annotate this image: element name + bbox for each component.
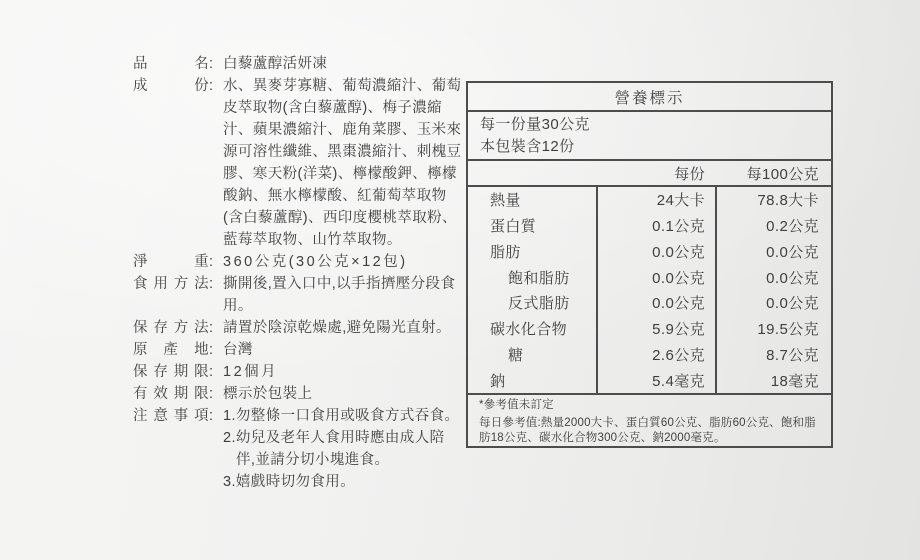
value-per-100g: 0.2公克 bbox=[717, 215, 831, 236]
col-header-per-serving: 每份 bbox=[598, 163, 717, 184]
info-row-product-name: 品名: 白藜蘆醇活妍凍 bbox=[133, 53, 465, 75]
info-label: 淨重 bbox=[133, 251, 209, 273]
serving-info: 每一份量30公克 本包裝含12份 bbox=[468, 112, 831, 161]
column-divider bbox=[596, 187, 598, 393]
info-row-warnings: 注意事項: 1.勿整條一口食用或吸食方式吞食。 2.幼兒及老年人食用時應由成人陪… bbox=[133, 405, 465, 493]
nutrition-row: 脂肪 0.0公克 0.0公克 bbox=[468, 239, 831, 265]
servings-per-pack: 本包裝含12份 bbox=[480, 136, 831, 158]
info-value: 台灣 bbox=[223, 339, 463, 361]
label-colon: : bbox=[209, 317, 223, 339]
footnote-daily-values: 每日參考值:熱量2000大卡、蛋白質60公克、脂肪60公克、飽和脂肪18公克、碳… bbox=[479, 416, 821, 446]
nutrition-row: 蛋白質 0.1公克 0.2公克 bbox=[468, 213, 831, 239]
value-per-100g: 78.8大卡 bbox=[717, 189, 831, 210]
nutrition-data-grid: 熱量 24大卡 78.8大卡 蛋白質 0.1公克 0.2公克 脂肪 0.0公克 … bbox=[468, 187, 831, 395]
info-row-net-weight: 淨重: 360公克(30公克×12包) bbox=[133, 251, 465, 273]
label-colon: : bbox=[209, 53, 223, 75]
warning-item: 2.幼兒及老年人食用時應由成人陪伴,並請分切小塊進食。 bbox=[223, 427, 463, 471]
info-value: 1.勿整條一口食用或吸食方式吞食。 2.幼兒及老年人食用時應由成人陪伴,並請分切… bbox=[223, 405, 463, 493]
label-sheet: 品名: 白藜蘆醇活妍凍 成份: 水、異麥芽寡糖、葡萄濃縮汁、葡萄皮萃取物(含白藜… bbox=[0, 0, 920, 560]
info-value: 撕開後,置入口中,以手指擠壓分段食用。 bbox=[223, 273, 463, 317]
nutrient-name: 鈉 bbox=[468, 370, 598, 391]
info-label: 有效期限 bbox=[133, 383, 209, 405]
label-colon: : bbox=[209, 361, 223, 383]
column-divider bbox=[715, 187, 717, 393]
info-value: 白藜蘆醇活妍凍 bbox=[223, 53, 463, 75]
nutrition-row: 碳水化合物 5.9公克 19.5公克 bbox=[468, 316, 831, 342]
value-per-serving: 5.9公克 bbox=[598, 318, 717, 339]
label-colon: : bbox=[209, 405, 223, 427]
label-colon: : bbox=[209, 251, 223, 273]
nutrient-name: 碳水化合物 bbox=[468, 318, 598, 339]
nutrition-row: 糖 2.6公克 8.7公克 bbox=[468, 342, 831, 368]
info-label: 注意事項 bbox=[133, 405, 209, 427]
info-row-origin: 原產地: 台灣 bbox=[133, 339, 465, 361]
label-colon: : bbox=[209, 383, 223, 405]
label-colon: : bbox=[209, 75, 223, 97]
warning-item: 1.勿整條一口食用或吸食方式吞食。 bbox=[223, 405, 463, 427]
info-label: 品名 bbox=[133, 53, 209, 75]
value-per-100g: 19.5公克 bbox=[717, 318, 831, 339]
info-row-storage: 保存方法: 請置於陰涼乾燥處,避免陽光直射。 bbox=[133, 317, 465, 339]
footnote-section: *參考值未訂定 每日參考值:熱量2000大卡、蛋白質60公克、脂肪60公克、飽和… bbox=[468, 395, 831, 446]
col-header-per-100g: 每100公克 bbox=[717, 163, 831, 184]
info-label: 保存方法 bbox=[133, 317, 209, 339]
info-label: 成份 bbox=[133, 75, 209, 97]
info-label: 保存期限 bbox=[133, 361, 209, 383]
nutrient-name: 脂肪 bbox=[468, 241, 598, 262]
nutrition-row: 鈉 5.4毫克 18毫克 bbox=[468, 367, 831, 393]
serving-size: 每一份量30公克 bbox=[480, 114, 831, 136]
value-per-serving: 2.6公克 bbox=[598, 344, 717, 365]
nutrition-title: 營養標示 bbox=[468, 83, 831, 112]
nutrient-name: 糖 bbox=[468, 344, 598, 365]
info-value: 請置於陰涼乾燥處,避免陽光直射。 bbox=[223, 317, 463, 339]
info-label: 原產地 bbox=[133, 339, 209, 361]
value-per-serving: 0.0公克 bbox=[598, 292, 717, 313]
warning-item: 3.嬉戲時切勿食用。 bbox=[223, 471, 463, 493]
nutrient-name: 反式脂肪 bbox=[468, 292, 598, 313]
info-value: 360公克(30公克×12包) bbox=[223, 251, 463, 273]
label-colon: : bbox=[209, 339, 223, 361]
label-colon: : bbox=[209, 273, 223, 295]
info-row-shelf-life: 保存期限: 12個月 bbox=[133, 361, 465, 383]
value-per-100g: 0.0公克 bbox=[717, 292, 831, 313]
info-row-usage: 食用方法: 撕開後,置入口中,以手指擠壓分段食用。 bbox=[133, 273, 465, 317]
value-per-100g: 0.0公克 bbox=[717, 241, 831, 262]
nutrient-name: 熱量 bbox=[468, 189, 598, 210]
nutrition-table: 營養標示 每一份量30公克 本包裝含12份 每份 每100公克 熱量 24大卡 … bbox=[466, 81, 833, 448]
column-header-row: 每份 每100公克 bbox=[468, 161, 831, 187]
footnote-reference: *參考值未訂定 bbox=[479, 398, 821, 413]
info-value: 標示於包裝上 bbox=[223, 383, 463, 405]
nutrition-row: 熱量 24大卡 78.8大卡 bbox=[468, 187, 831, 213]
info-value: 水、異麥芽寡糖、葡萄濃縮汁、葡萄皮萃取物(含白藜蘆醇)、梅子濃縮汁、蘋果濃縮汁、… bbox=[223, 75, 463, 251]
value-per-serving: 0.0公克 bbox=[598, 267, 717, 288]
value-per-serving: 0.1公克 bbox=[598, 215, 717, 236]
value-per-100g: 18毫克 bbox=[717, 370, 831, 391]
value-per-serving: 5.4毫克 bbox=[598, 370, 717, 391]
nutrient-name: 蛋白質 bbox=[468, 215, 598, 236]
value-per-serving: 24大卡 bbox=[598, 189, 717, 210]
info-value: 12個月 bbox=[223, 361, 463, 383]
nutrition-row: 飽和脂肪 0.0公克 0.0公克 bbox=[468, 264, 831, 290]
info-row-expiry: 有效期限: 標示於包裝上 bbox=[133, 383, 465, 405]
nutrient-name: 飽和脂肪 bbox=[468, 267, 598, 288]
value-per-100g: 0.0公克 bbox=[717, 267, 831, 288]
product-info-panel: 品名: 白藜蘆醇活妍凍 成份: 水、異麥芽寡糖、葡萄濃縮汁、葡萄皮萃取物(含白藜… bbox=[133, 53, 465, 493]
nutrition-row: 反式脂肪 0.0公克 0.0公克 bbox=[468, 290, 831, 316]
info-row-ingredients: 成份: 水、異麥芽寡糖、葡萄濃縮汁、葡萄皮萃取物(含白藜蘆醇)、梅子濃縮汁、蘋果… bbox=[133, 75, 465, 251]
info-label: 食用方法 bbox=[133, 273, 209, 295]
value-per-serving: 0.0公克 bbox=[598, 241, 717, 262]
value-per-100g: 8.7公克 bbox=[717, 344, 831, 365]
